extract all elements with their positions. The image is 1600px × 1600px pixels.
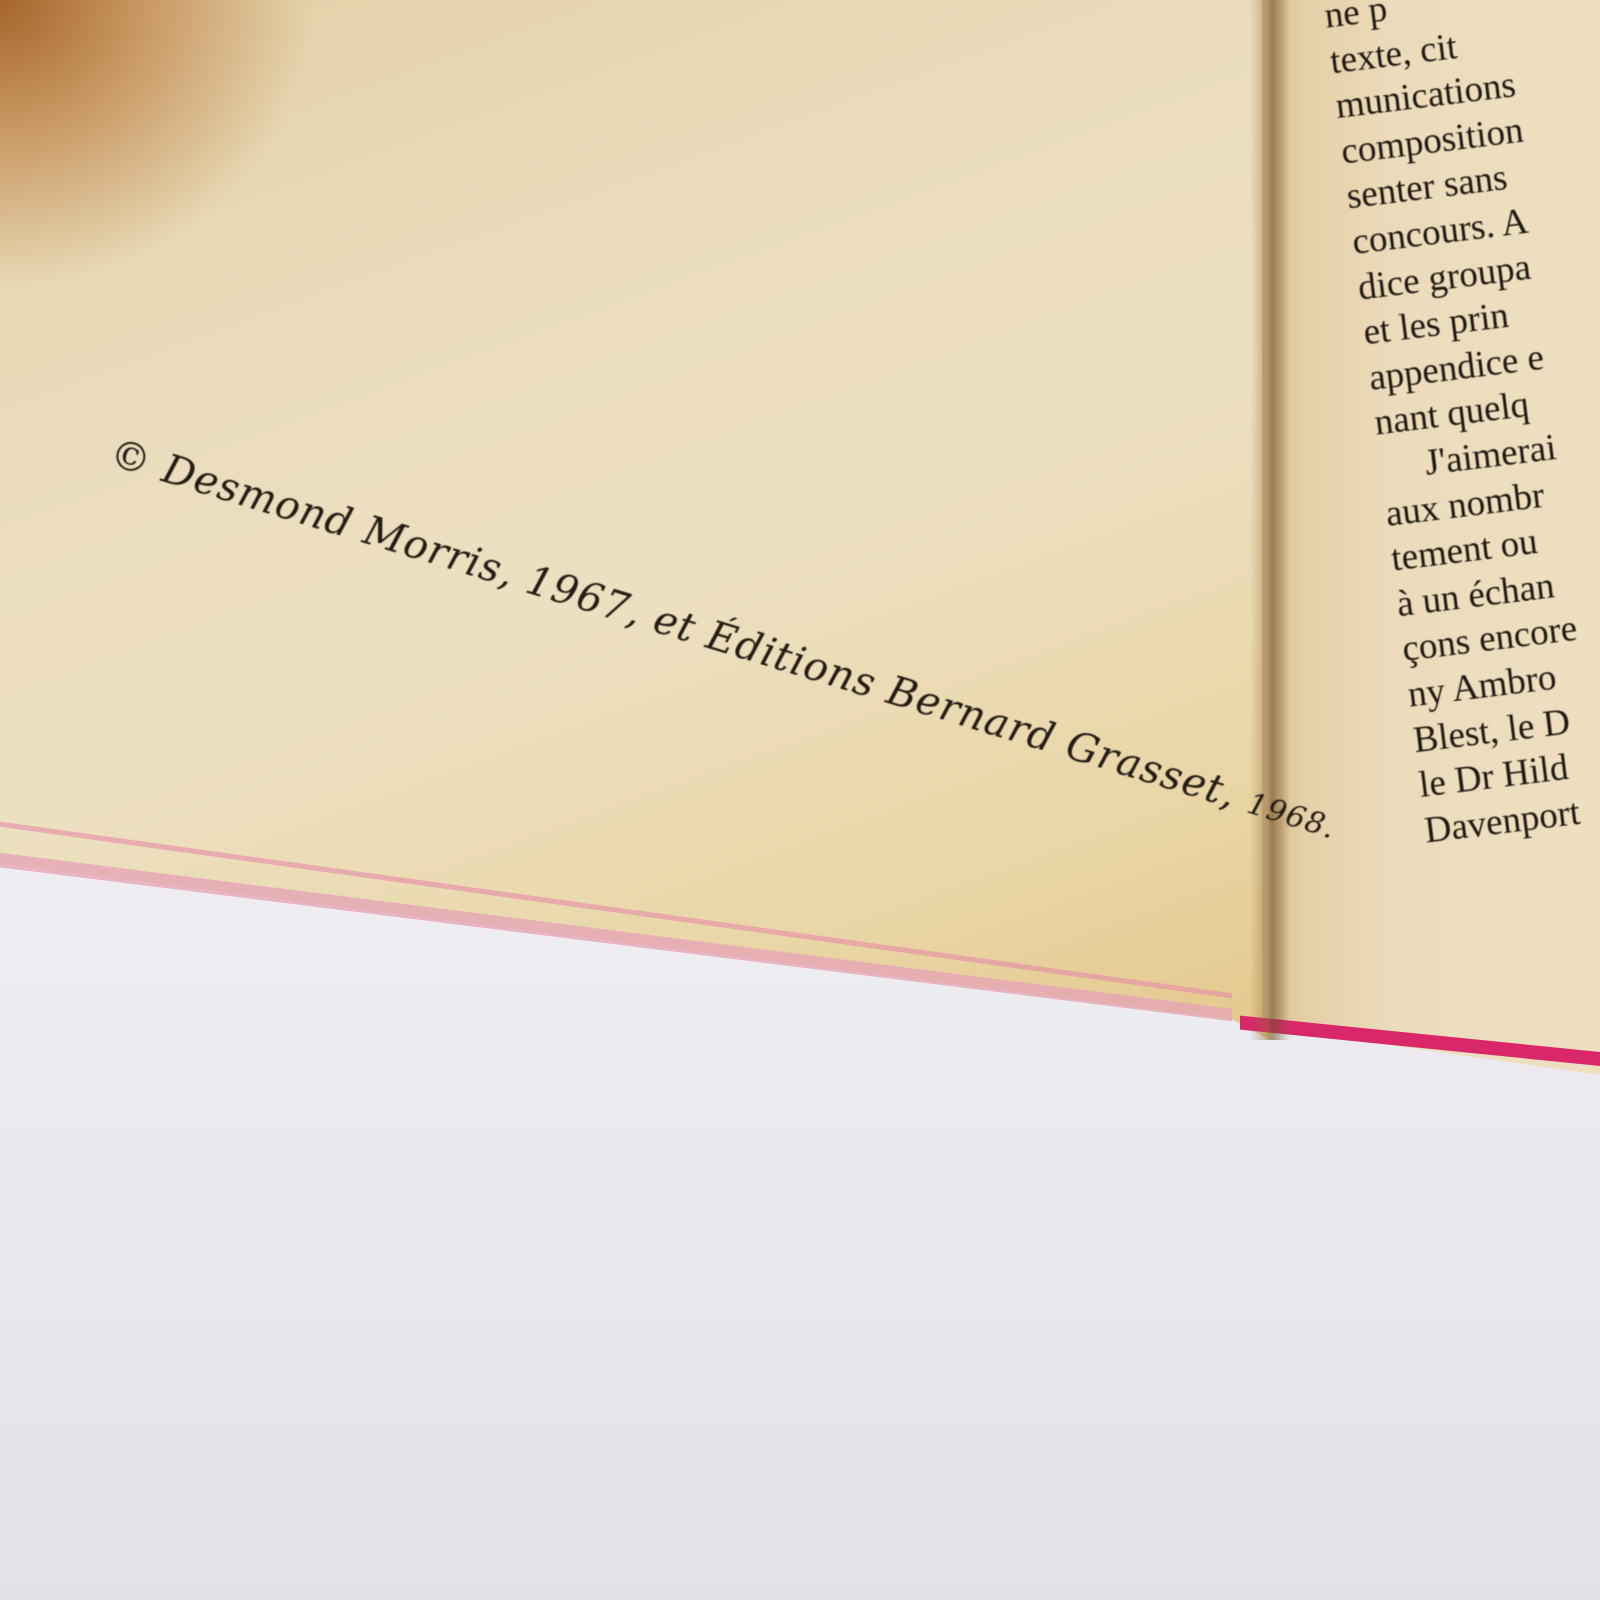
book-gutter: [1250, 0, 1290, 1040]
photo-scene: © Desmond Morris, 1967, et Éditions Bern…: [0, 0, 1600, 1600]
